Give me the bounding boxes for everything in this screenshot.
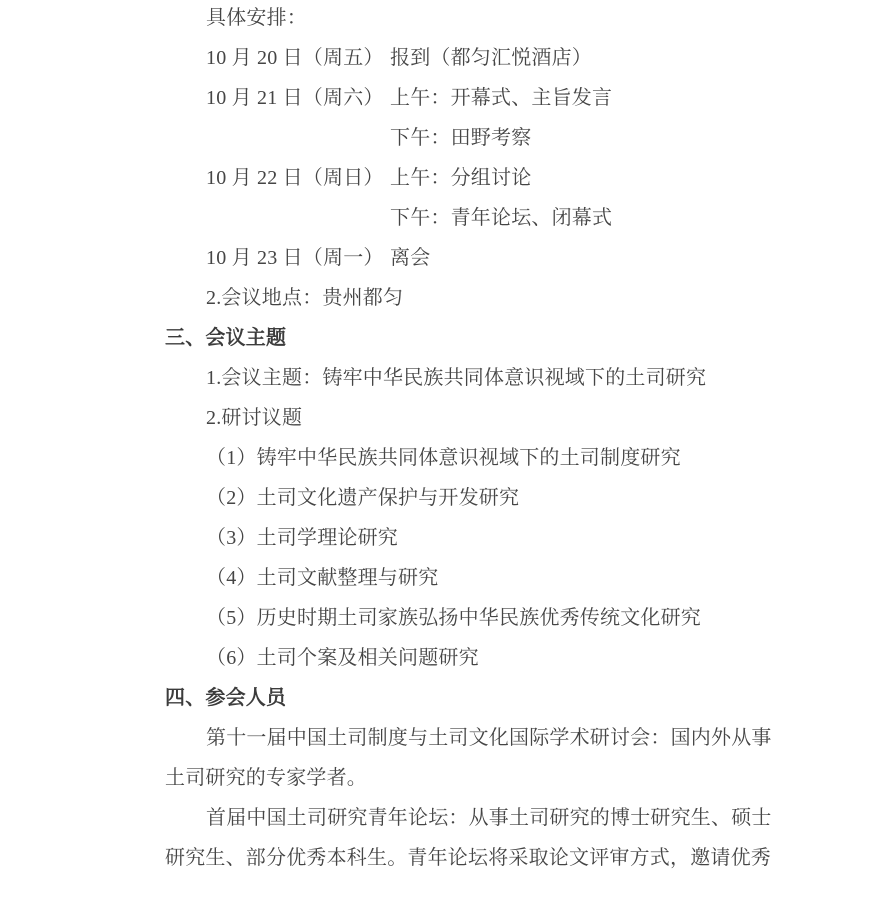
schedule-date: 10 月 21 日（周六） [206, 78, 390, 118]
schedule-row: 10 月 20 日（周五）报到（都匀汇悦酒店） [165, 38, 841, 78]
schedule-row: 下午：田野考察 [165, 118, 841, 158]
list-item: （3）土司学理论研究 [165, 518, 841, 558]
schedule-event: 下午：青年论坛、闭幕式 [390, 198, 612, 238]
paragraph-continuation: 研究生、部分优秀本科生。青年论坛将采取论文评审方式，邀请优秀 [165, 838, 841, 878]
list-item: （4）土司文献整理与研究 [165, 558, 841, 598]
schedule-row: 下午：青年论坛、闭幕式 [165, 198, 841, 238]
schedule-event: 上午：分组讨论 [390, 158, 531, 198]
paragraph-line: 首届中国土司研究青年论坛：从事土司研究的博士研究生、硕士 [165, 798, 841, 838]
schedule-event: 报到（都匀汇悦酒店） [390, 38, 592, 78]
schedule-event: 下午：田野考察 [390, 118, 531, 158]
schedule-date: 10 月 23 日（周一） [206, 238, 390, 278]
paragraph-line: 2.研讨议题 [165, 398, 841, 438]
schedule-date: 10 月 22 日（周日） [206, 158, 390, 198]
list-item: （6）土司个案及相关问题研究 [165, 638, 841, 678]
schedule-row: 10 月 23 日（周一）离会 [165, 238, 841, 278]
schedule-row: 10 月 21 日（周六）上午：开幕式、主旨发言 [165, 78, 841, 118]
section-heading: 四、参会人员 [165, 678, 841, 718]
paragraph-line: 第十一届中国土司制度与土司文化国际学术研讨会：国内外从事 [165, 718, 841, 758]
paragraph-line: 2.会议地点：贵州都匀 [165, 278, 841, 318]
schedule-row: 10 月 22 日（周日）上午：分组讨论 [165, 158, 841, 198]
list-item: （2）土司文化遗产保护与开发研究 [165, 478, 841, 518]
document-content: 具体安排： 10 月 20 日（周五）报到（都匀汇悦酒店） 10 月 21 日（… [165, 0, 841, 878]
list-item: （1）铸牢中华民族共同体意识视域下的土司制度研究 [165, 438, 841, 478]
paragraph-line: 具体安排： [165, 0, 841, 38]
schedule-event: 离会 [390, 238, 430, 278]
schedule-event: 上午：开幕式、主旨发言 [390, 78, 612, 118]
paragraph-line: 1.会议主题：铸牢中华民族共同体意识视域下的土司研究 [165, 358, 841, 398]
document-page: 具体安排： 10 月 20 日（周五）报到（都匀汇悦酒店） 10 月 21 日（… [0, 0, 881, 913]
paragraph-continuation: 土司研究的专家学者。 [165, 758, 841, 798]
list-item: （5）历史时期土司家族弘扬中华民族优秀传统文化研究 [165, 598, 841, 638]
schedule-date: 10 月 20 日（周五） [206, 38, 390, 78]
section-heading: 三、会议主题 [165, 318, 841, 358]
